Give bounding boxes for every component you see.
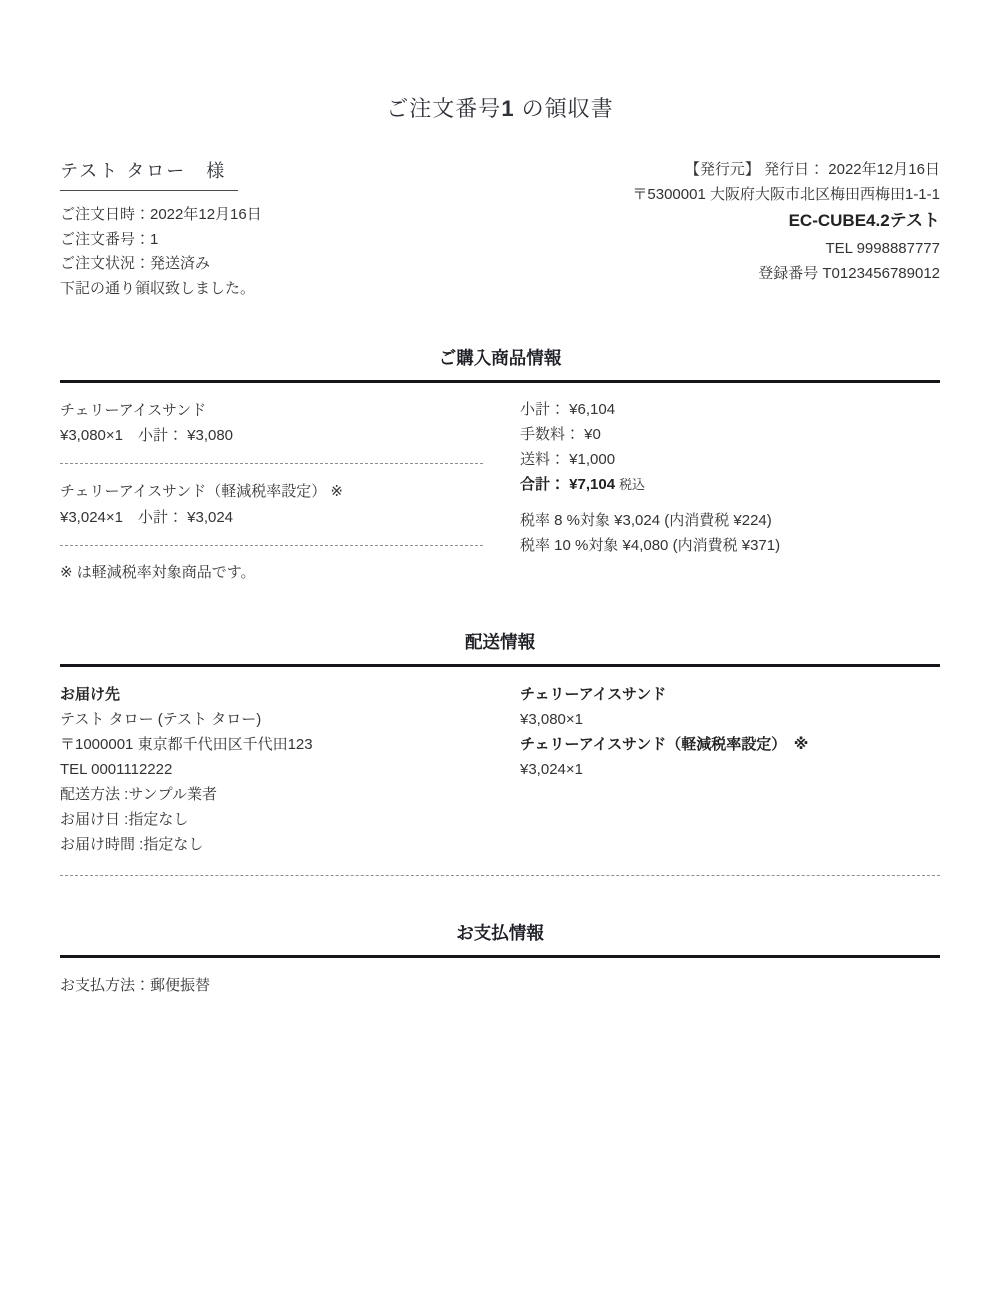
payment-method-line: お支払方法：郵便振替	[60, 958, 940, 998]
total-amount: 合計： ¥7,104	[520, 476, 615, 493]
totals-block: 小計： ¥6,104 手数料： ¥0 送料： ¥1,000 合計： ¥7,104…	[520, 398, 940, 558]
item-divider	[60, 545, 483, 546]
shipping-bottom-divider	[60, 875, 940, 876]
payment-section-heading: お支払情報	[60, 920, 940, 945]
shipping-section-heading: 配送情報	[60, 629, 940, 654]
order-status-line: ご注文状況：発送済み	[60, 252, 262, 277]
shipping-address-label: お届け先	[60, 682, 483, 707]
delivery-time-line: お届け時間 :指定なし	[60, 832, 483, 857]
receipt-title-prefix: ご注文番号	[386, 96, 501, 121]
issuer-header: 【発行元】 発行日： 2022年12月16日	[632, 157, 940, 182]
header-row: テスト タロー 様 ご注文日時：2022年12月16日 ご注文番号：1 ご注文状…	[60, 157, 940, 301]
issuer-block: 【発行元】 発行日： 2022年12月16日 〒5300001 大阪府大阪市北区…	[632, 157, 940, 286]
order-date-line: ご注文日時：2022年12月16日	[60, 203, 262, 228]
recipient-name: テスト タロー (テスト タロー)	[60, 707, 483, 732]
product-item: チェリーアイスサンド（軽減税率設定） ※ ¥3,024×1 小計： ¥3,024	[60, 479, 483, 529]
shipping-item-name: チェリーアイスサンド（軽減税率設定） ※	[520, 732, 940, 757]
shipping-address-block: お届け先 テスト タロー (テスト タロー) 〒1000001 東京都千代田区千…	[60, 682, 483, 857]
item-divider	[60, 463, 483, 464]
recipient-tel: TEL 0001112222	[60, 757, 483, 782]
shipping-items-block: チェリーアイスサンド ¥3,080×1 チェリーアイスサンド（軽減税率設定） ※…	[520, 682, 940, 782]
tax-breakdown: 税率 8 %対象 ¥3,024 (内消費税 ¥224) 税率 10 %対象 ¥4…	[520, 509, 940, 559]
receipt-title: ご注文番号1 の領収書	[60, 92, 940, 123]
issuer-tel: TEL 9998887777	[632, 236, 940, 261]
reduced-tax-note: ※ は軽減税率対象商品です。	[60, 561, 483, 585]
shipping-fee-line: 送料： ¥1,000	[520, 448, 940, 473]
section-shipping: 配送情報 お届け先 テスト タロー (テスト タロー) 〒1000001 東京都…	[60, 629, 940, 876]
products-section-body: チェリーアイスサンド ¥3,080×1 小計： ¥3,080 チェリーアイスサン…	[60, 383, 940, 584]
tax-line-8pct: 税率 8 %対象 ¥3,024 (内消費税 ¥224)	[520, 509, 940, 534]
tax-line-10pct: 税率 10 %対象 ¥4,080 (内消費税 ¥371)	[520, 534, 940, 559]
section-products: ご購入商品情報 チェリーアイスサンド ¥3,080×1 小計： ¥3,080 チ…	[60, 345, 940, 584]
shipping-section-body: お届け先 テスト タロー (テスト タロー) 〒1000001 東京都千代田区千…	[60, 667, 940, 857]
receipt-page: ご注文番号1 の領収書 テスト タロー 様 ご注文日時：2022年12月16日 …	[0, 0, 1000, 1294]
products-list: チェリーアイスサンド ¥3,080×1 小計： ¥3,080 チェリーアイスサン…	[60, 398, 483, 584]
subtotal-line: 小計： ¥6,104	[520, 398, 940, 423]
order-number: 1	[501, 96, 514, 121]
customer-name: テスト タロー 様	[60, 157, 238, 191]
product-item: チェリーアイスサンド ¥3,080×1 小計： ¥3,080	[60, 398, 483, 448]
product-name: チェリーアイスサンド（軽減税率設定） ※	[60, 479, 483, 504]
recipient-address: 〒1000001 東京都千代田区千代田123	[60, 732, 483, 757]
section-payment: お支払情報 お支払方法：郵便振替	[60, 920, 940, 998]
shipping-method-line: 配送方法 :サンプル業者	[60, 782, 483, 807]
tax-included-suffix: 税込	[619, 477, 645, 492]
shipping-item-qty: ¥3,080×1	[520, 707, 940, 732]
issuer-registration-number: 登録番号 T0123456789012	[632, 261, 940, 286]
issuer-address: 〒5300001 大阪府大阪市北区梅田西梅田1-1-1	[632, 182, 940, 207]
product-name: チェリーアイスサンド	[60, 398, 483, 423]
product-detail: ¥3,024×1 小計： ¥3,024	[60, 505, 483, 530]
delivery-date-line: お届け日 :指定なし	[60, 807, 483, 832]
issuer-shop-name: EC-CUBE4.2テスト	[632, 207, 940, 236]
shipping-item-qty: ¥3,024×1	[520, 757, 940, 782]
shipping-item-name: チェリーアイスサンド	[520, 682, 940, 707]
receipt-note-line: 下記の通り領収致しました。	[60, 277, 262, 302]
customer-block: テスト タロー 様 ご注文日時：2022年12月16日 ご注文番号：1 ご注文状…	[60, 157, 262, 301]
product-detail: ¥3,080×1 小計： ¥3,080	[60, 423, 483, 448]
order-number-line: ご注文番号：1	[60, 228, 262, 253]
receipt-title-suffix: の領収書	[515, 96, 614, 121]
fee-line: 手数料： ¥0	[520, 423, 940, 448]
total-line: 合計： ¥7,104税込	[520, 473, 940, 498]
products-section-heading: ご購入商品情報	[60, 345, 940, 370]
